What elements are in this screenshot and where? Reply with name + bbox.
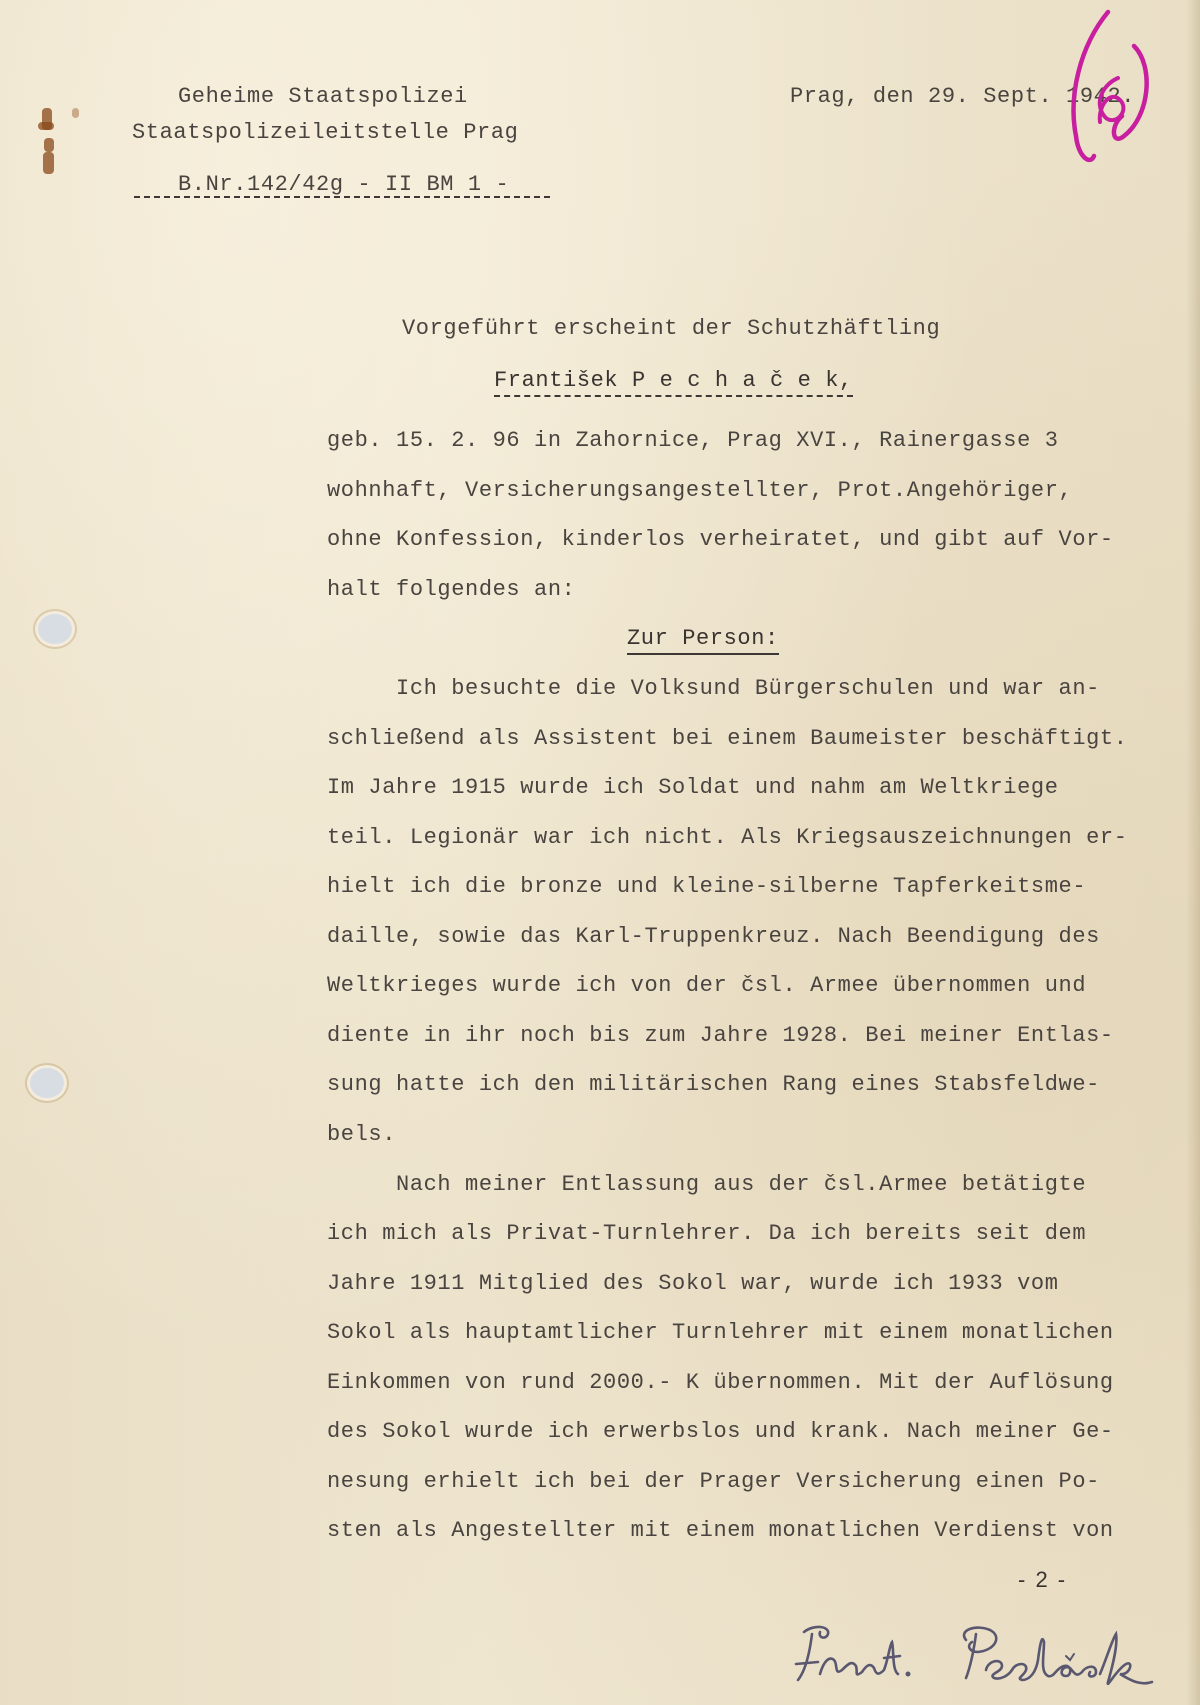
paragraph-2-line-5: Einkommen von rund 2000.- K übernommen. … — [327, 1370, 1114, 1396]
paragraph-1-line-7: Weltkrieges wurde ich von der čsl. Armee… — [327, 973, 1086, 999]
paragraph-2-line-3: Jahre 1911 Mitglied des Sokol war, wurde… — [327, 1271, 1059, 1297]
intro-line-3: ohne Konfession, kinderlos verheiratet, … — [327, 527, 1114, 553]
punch-hole-bottom — [30, 1068, 64, 1098]
paragraph-2-line-4: Sokol als hauptamtlicher Turnlehrer mit … — [327, 1320, 1114, 1346]
paragraph-1-line-3: Im Jahre 1915 wurde ich Soldat und nahm … — [327, 775, 1059, 801]
paragraph-1-line-6: daille, sowie das Karl-Truppenkreuz. Nac… — [327, 924, 1100, 950]
intro-statement: Vorgeführt erscheint der Schutzhäftling — [402, 316, 940, 342]
paragraph-1-line-5: hielt ich die bronze und kleine-silberne… — [327, 874, 1086, 900]
paragraph-1-line-4: teil. Legionär war ich nicht. Als Kriegs… — [327, 825, 1128, 851]
reference-underline — [134, 196, 550, 198]
folio-number-mark-icon — [1050, 6, 1160, 166]
continuation-page-marker: - 2 - — [1018, 1567, 1067, 1593]
intro-line-1: geb. 15. 2. 96 in Zahornice, Prag XVI., … — [327, 428, 1059, 454]
section-heading: Zur Person: — [627, 626, 779, 655]
reference-number: B.Nr.142/42g - II BM 1 - — [178, 172, 509, 198]
paragraph-2-line-8: sten als Angestellter mit einem monatlic… — [327, 1518, 1114, 1544]
detainee-name: František P e c h a č e k, — [494, 368, 853, 397]
paragraph-2-line-6: des Sokol wurde ich erwerbslos und krank… — [327, 1419, 1114, 1445]
paragraph-1-line-1: Ich besuchte die Volksund Bürgerschulen … — [327, 676, 1100, 702]
paragraph-1-line-10: bels. — [327, 1122, 396, 1148]
paper-edge-shadow — [1186, 0, 1200, 1705]
signature-icon: Frant. Pechaček — [790, 1620, 1160, 1700]
paragraph-1-line-2: schließend als Assistent bei einem Baume… — [327, 726, 1128, 752]
intro-line-4: halt folgendes an: — [327, 577, 575, 603]
paragraph-2-line-2: ich mich als Privat-Turnlehrer. Da ich b… — [327, 1221, 1086, 1247]
paragraph-1-line-8: diente in ihr noch bis zum Jahre 1928. B… — [327, 1023, 1114, 1049]
agency-office: Staatspolizeileitstelle Prag — [132, 120, 518, 146]
agency-name: Geheime Staatspolizei — [178, 84, 468, 110]
punch-hole-top — [38, 614, 72, 644]
intro-line-2: wohnhaft, Versicherungsangestellter, Pro… — [327, 478, 1072, 504]
paragraph-2-line-1: Nach meiner Entlassung aus der čsl.Armee… — [327, 1172, 1086, 1198]
paragraph-2-line-7: nesung erhielt ich bei der Prager Versic… — [327, 1469, 1100, 1495]
paragraph-1-line-9: sung hatte ich den militärischen Rang ei… — [327, 1072, 1100, 1098]
